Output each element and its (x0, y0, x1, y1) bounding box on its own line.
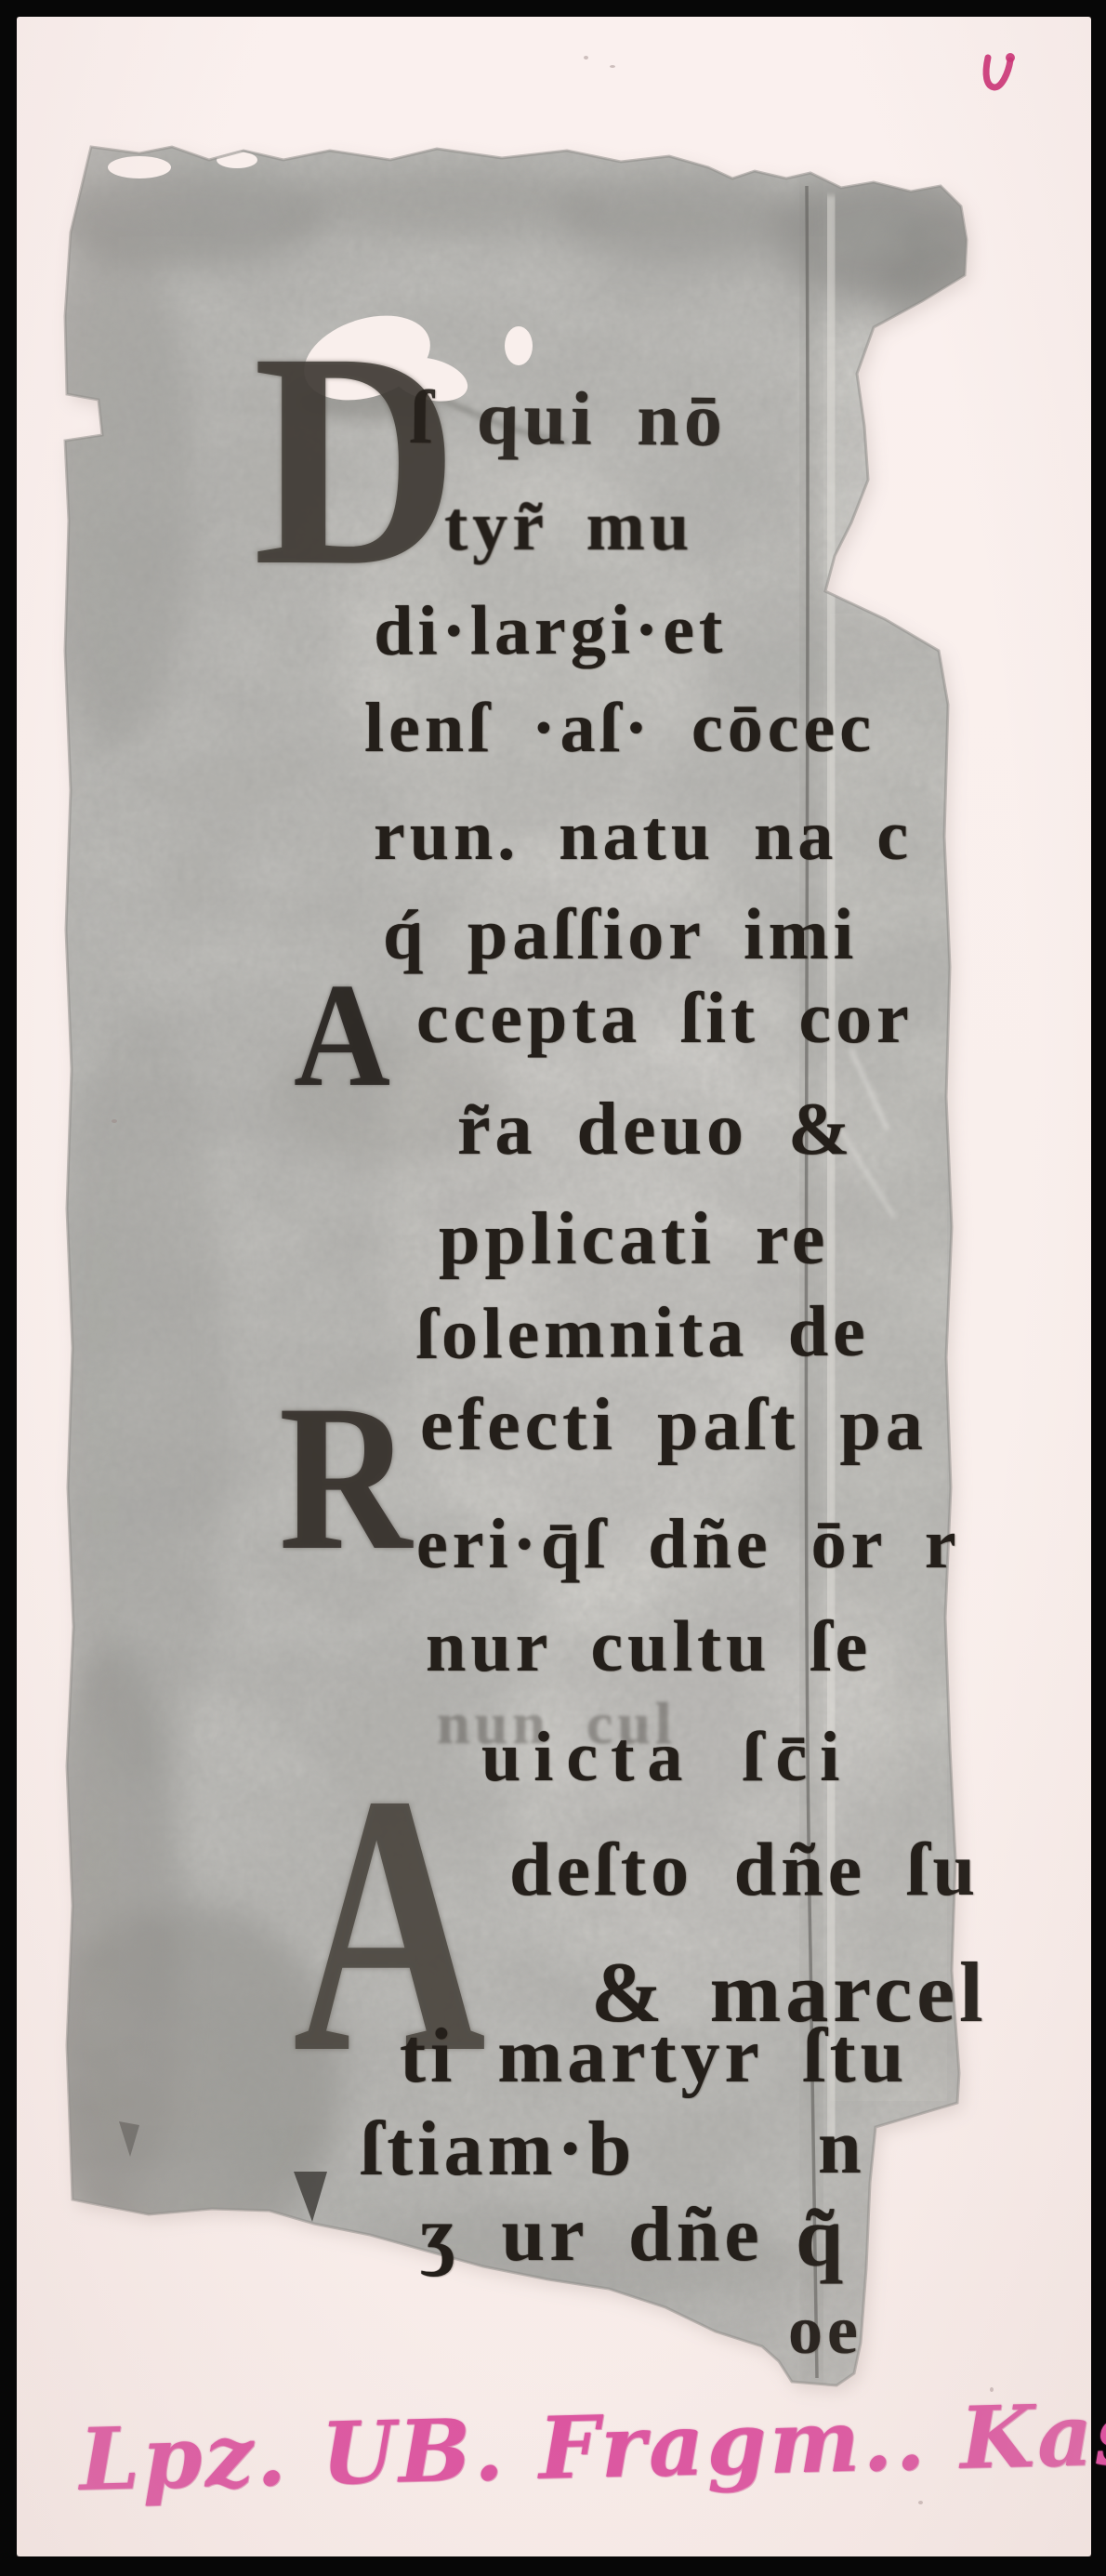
manuscript-line: ccepta ſit cor (416, 982, 914, 1054)
manuscript-line: ſtiam·b (361, 2110, 636, 2188)
manuscript-line: oe (788, 2296, 862, 2365)
dust-speck (918, 2501, 923, 2504)
manuscript-photograph: D A R A ſ qui nō tyr̃ mu di·largi·et len… (0, 0, 1106, 2576)
manuscript-line: uicta ſc̄i (481, 1722, 852, 1792)
manuscript-line: n (818, 2108, 866, 2186)
manuscript-text: D A R A ſ qui nō tyr̃ mu di·largi·et len… (0, 0, 1106, 2576)
manuscript-line: nur cultu ſe (426, 1610, 872, 1683)
manuscript-line: r̃a deuo & (457, 1092, 855, 1167)
manuscript-line: ſolemnita de (416, 1295, 870, 1370)
manuscript-line: deſto dñe ſu (509, 1831, 980, 1908)
manuscript-initial-a1: A (294, 960, 390, 1109)
manuscript-line: efecti paſt pa (420, 1388, 928, 1462)
manuscript-line: run. natu na c (374, 800, 913, 871)
manuscript-line: tyr̃ mu (444, 491, 693, 561)
dust-speck (584, 56, 588, 59)
manuscript-line: di·largi·et (374, 594, 727, 667)
dust-speck (112, 1119, 117, 1123)
manuscript-line: pplicati re (439, 1202, 829, 1276)
manuscript-line: q̃ (796, 2194, 848, 2279)
dust-speck (990, 2387, 994, 2392)
manuscript-line: ʒ ur dñe (420, 2196, 764, 2274)
manuscript-line: ti martyr ſtu (400, 2017, 908, 2095)
dust-speck (610, 65, 615, 68)
check-mark-icon (967, 37, 1032, 112)
manuscript-initial-d: D (253, 307, 459, 614)
manuscript-line: lenſ ·aſ· cōcec (364, 693, 876, 763)
manuscript-line: q́ paſſior imi (383, 898, 858, 971)
manuscript-initial-r: R (279, 1373, 412, 1582)
manuscript-line: ſ qui nō (410, 379, 727, 458)
manuscript-line: eri·q̄ſ dñe ōr r (416, 1509, 961, 1579)
